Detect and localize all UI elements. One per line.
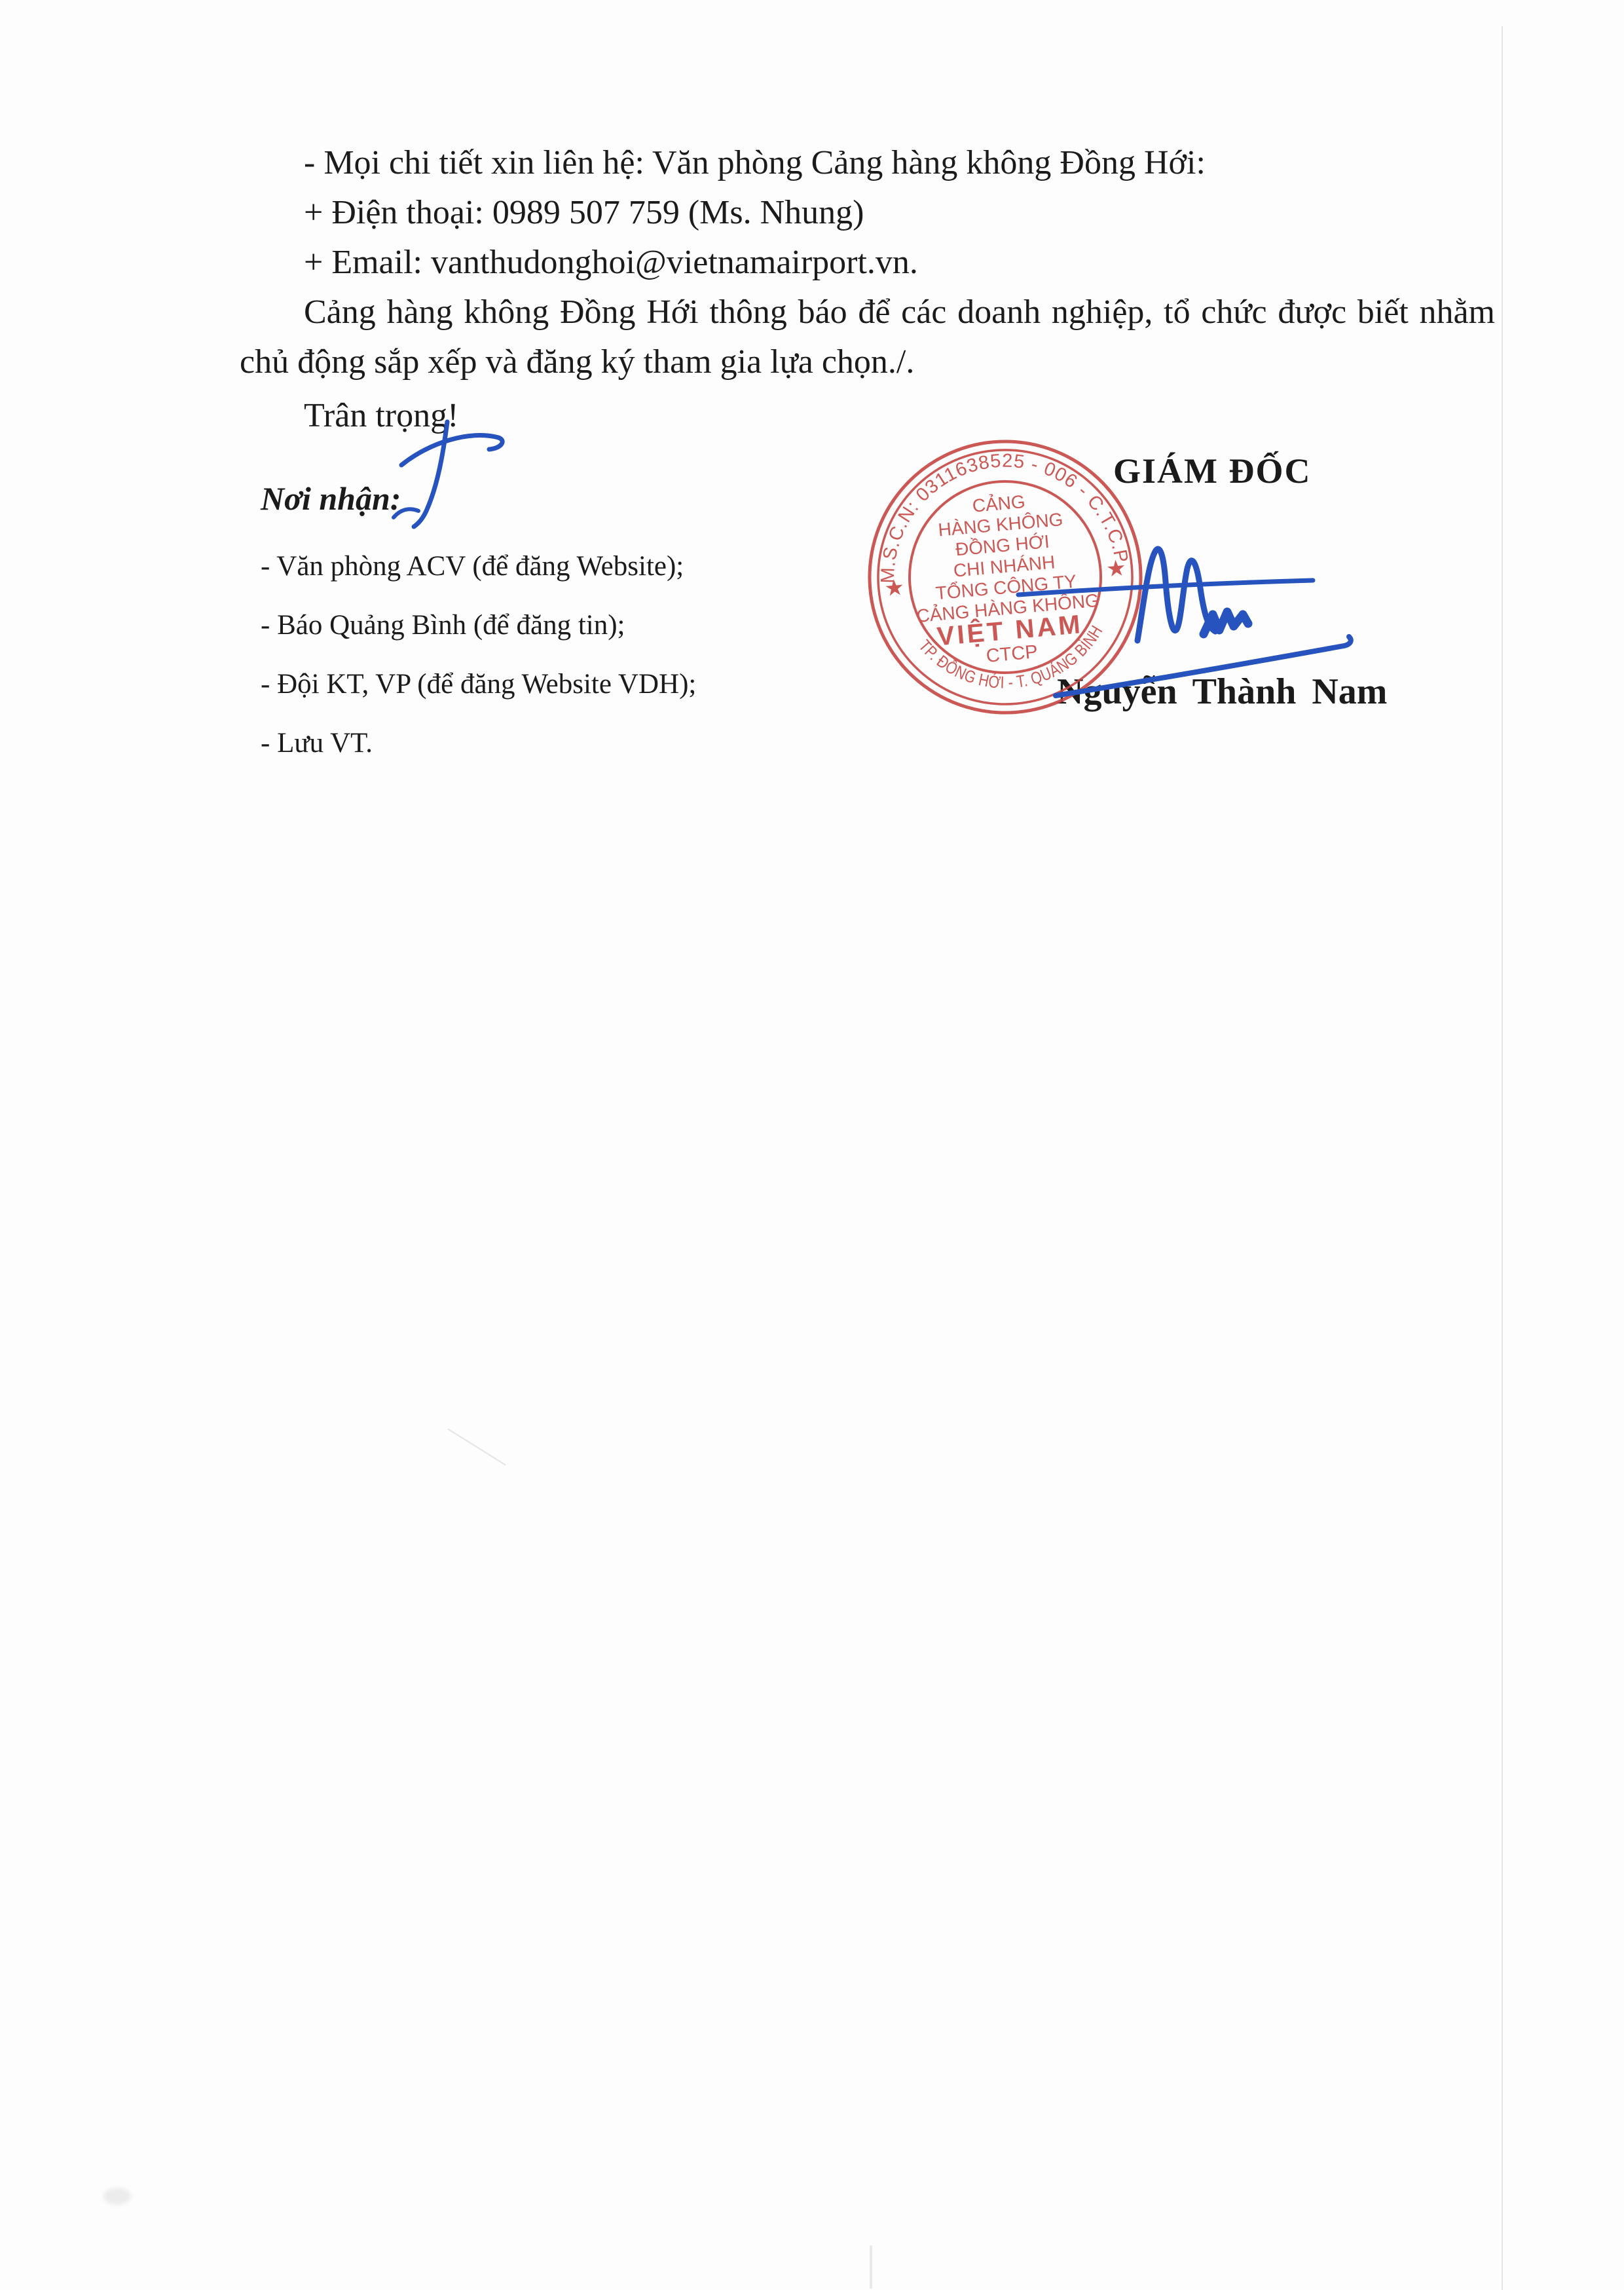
contact-line: - Mọi chi tiết xin liên hệ: Văn phòng Cả… — [240, 138, 1495, 188]
scan-artifact-line — [1502, 26, 1503, 2290]
notice-paragraph: Cảng hàng không Đồng Hới thông báo để cá… — [240, 288, 1495, 387]
phone-line: + Điện thoại: 0989 507 759 (Ms. Nhung) — [240, 188, 1495, 238]
scan-artifact-smudge — [447, 1429, 506, 1466]
recipient-item: - Báo Quảng Bình (để đăng tin); — [261, 596, 696, 655]
pen-initial-mark-icon — [383, 411, 521, 536]
recipient-item: - Đội KT, VP (để đăng Website VDH); — [261, 655, 696, 714]
recipient-item: - Lưu VT. — [261, 714, 696, 773]
stamp-star-left-icon: ★ — [883, 575, 906, 602]
scan-artifact-smudge — [103, 2188, 131, 2205]
signature-stroke — [1056, 637, 1351, 696]
email-line: + Email: vanthudonghoi@vietnamairport.vn… — [240, 238, 1495, 288]
document-page: - Mọi chi tiết xin liên hệ: Văn phòng Cả… — [0, 0, 1624, 2290]
letter-body: - Mọi chi tiết xin liên hệ: Văn phòng Cả… — [240, 138, 1495, 441]
recipients-list: - Văn phòng ACV (để đăng Website); - Báo… — [261, 537, 696, 773]
pen-mark-stroke — [401, 435, 502, 465]
pen-mark-stroke — [394, 509, 418, 517]
scan-artifact-streak — [870, 2245, 872, 2289]
recipient-item: - Văn phòng ACV (để đăng Website); — [261, 537, 696, 596]
director-signature-icon — [982, 528, 1401, 724]
